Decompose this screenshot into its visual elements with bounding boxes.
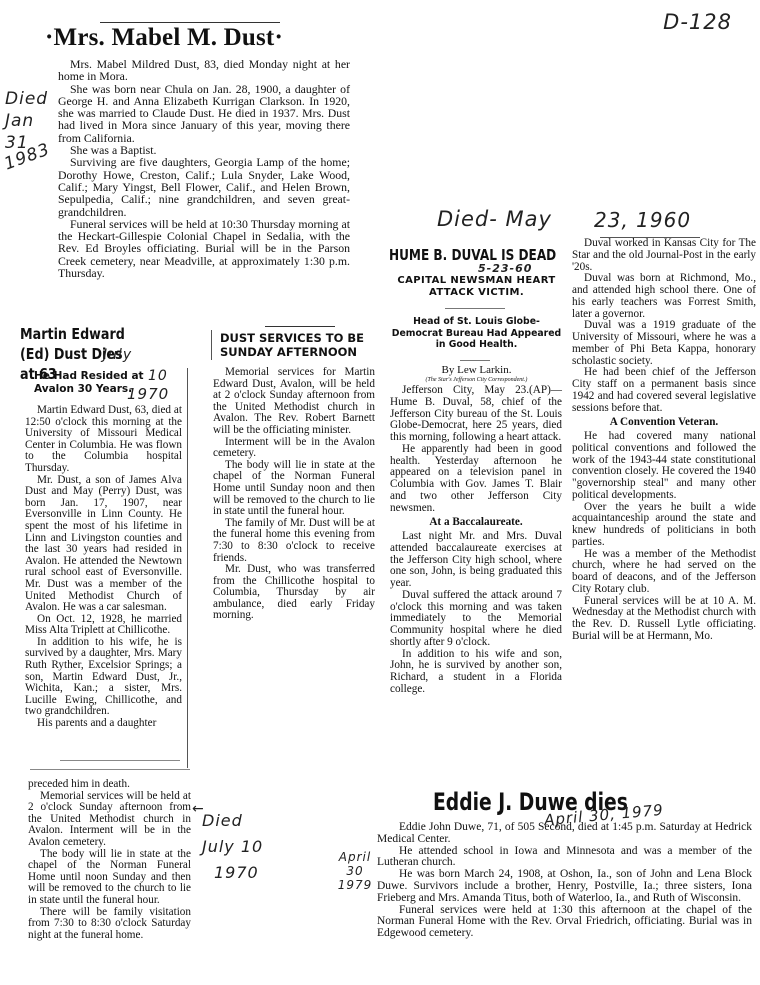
paragraph: Funeral services will be at 10 A. M. Wed… [572,596,756,643]
note-line: Died [5,88,39,110]
duwe-margin-note: April 30 1979 [330,850,380,892]
duwe-article-body: Eddie John Duwe, 71, of 505 Second, died… [377,822,752,940]
section-subhead: A Convention Veteran. [572,417,756,429]
martin-margin-note: ← Died July 10 1970 [202,808,282,886]
arrow-icon: ← [192,796,205,822]
paragraph: Over the years he built a wide acquainta… [572,502,756,549]
divider [30,769,190,770]
martin-handwritten-year: 1970 [127,385,169,403]
paragraph: He had been chief of the Jefferson City … [572,367,756,414]
paragraph: Mrs. Mabel Mildred Dust, 83, died Monday… [58,58,350,83]
divider [445,308,505,309]
paragraph: She was born near Chula on Jan. 28, 1900… [58,83,350,144]
paragraph: Surviving are five daughters, Georgia La… [58,156,350,217]
paragraph: Duval was born at Richmond, Mo., and att… [572,273,756,320]
paragraph: In addition to his wife and son, John, h… [390,649,562,696]
paragraph: Duval was a 1919 graduate of the Univers… [572,320,756,367]
paragraph: He had covered many national political c… [572,431,756,502]
note-line: 30 [330,864,380,878]
mabel-margin-note: Died Jan 31 1983 [5,88,39,176]
duval-handwritten-date: 5-23-60 [478,262,532,275]
duval-subheadline-2: Head of St. Louis Globe-Democrat Bureau … [389,316,564,351]
divider [460,360,490,361]
paragraph: preceded him in death. [28,779,191,791]
paragraph: He was a member of the Methodist church,… [572,549,756,596]
divider [265,326,335,327]
note-line: 1979 [330,878,380,892]
duval-byline: By Lew Larkin. [389,364,564,376]
martin-article-continuation: preceded him in death. Memorial services… [28,779,191,941]
note-line: April [330,850,380,864]
divider [60,760,180,761]
duval-handwritten-died: Died- May [437,207,552,231]
paragraph: He attended school in Iowa and Minnesota… [377,846,752,870]
note-line: 1970 [202,860,282,886]
duval-subheadline-1: CAPITAL NEWSMAN HEART ATTACK VICTIM. [389,275,564,299]
duval-credit: (The Star's Jefferson City Correspondent… [389,377,564,383]
paragraph: His parents and a daughter [25,718,182,730]
paragraph: Martin Edward Dust, 63, died at 12:50 o'… [25,405,182,475]
note-line: Jan [5,110,39,132]
mabel-article-body: Mrs. Mabel Mildred Dust, 83, died Monday… [58,58,350,279]
paragraph: Jefferson City, May 23.(AP)—Hume B. Duva… [390,385,562,444]
paragraph: Duval suffered the attack around 7 o'clo… [390,590,562,649]
paragraph: Eddie John Duwe, 71, of 505 Second, died… [377,822,752,846]
paragraph: The body will lie in state at the chapel… [213,460,375,518]
mabel-headline: ·Mrs. Mabel M. Dust· [45,24,283,52]
duval-column-2: Duval worked in Kansas City for The Star… [572,238,756,643]
paragraph: The body will lie in state at the chapel… [28,849,191,907]
section-subhead: At a Baccalaureate. [390,517,562,529]
paragraph: Memorial services for Martin Edward Dust… [213,367,375,437]
services-headline: DUST SERVICES TO BE SUNDAY AFTERNOON [220,331,370,359]
paragraph: Last night Mr. and Mrs. Duval attended b… [390,531,562,590]
paragraph: He apparently had been in good health. Y… [390,444,562,515]
paragraph: Interment will be in the Avalon cemetery… [213,437,375,460]
paragraph: In addition to his wife, he is survived … [25,637,182,718]
paragraph: Funeral services were held at 1:30 this … [377,905,752,940]
note-line: July 10 [202,834,282,860]
divider [100,22,280,23]
paragraph: Memorial services will be held at 2 o'cl… [28,791,191,849]
paragraph: There will be family visitation from 7:3… [28,907,191,942]
duval-handwritten-date-top: 23, 1960 [594,208,691,232]
services-article-body: Memorial services for Martin Edward Dust… [213,367,375,622]
paragraph: Mr. Dust, who was transferred from the C… [213,564,375,622]
column-divider [187,368,188,768]
paragraph: Duval worked in Kansas City for The Star… [572,238,756,273]
reference-number-note: D-128 [663,10,732,34]
martin-article-body: Martin Edward Dust, 63, died at 12:50 o'… [25,405,182,730]
martin-handwritten-day: 10 [148,368,168,384]
paragraph: The family of Mr. Dust will be at the fu… [213,518,375,564]
duval-column-1: Jefferson City, May 23.(AP)—Hume B. Duva… [390,385,562,696]
column-divider [211,330,212,360]
note-line: Died [202,808,282,834]
paragraph: He was born March 24, 1908, at Oshon, Ia… [377,869,752,904]
martin-handwritten-month: July [103,347,132,363]
paragraph: On Oct. 12, 1928, he married Miss Alta T… [25,614,182,637]
paragraph: Mr. Dust, a son of James Alva Dust and M… [25,475,182,614]
paragraph: Funeral services will be held at 10:30 T… [58,218,350,279]
